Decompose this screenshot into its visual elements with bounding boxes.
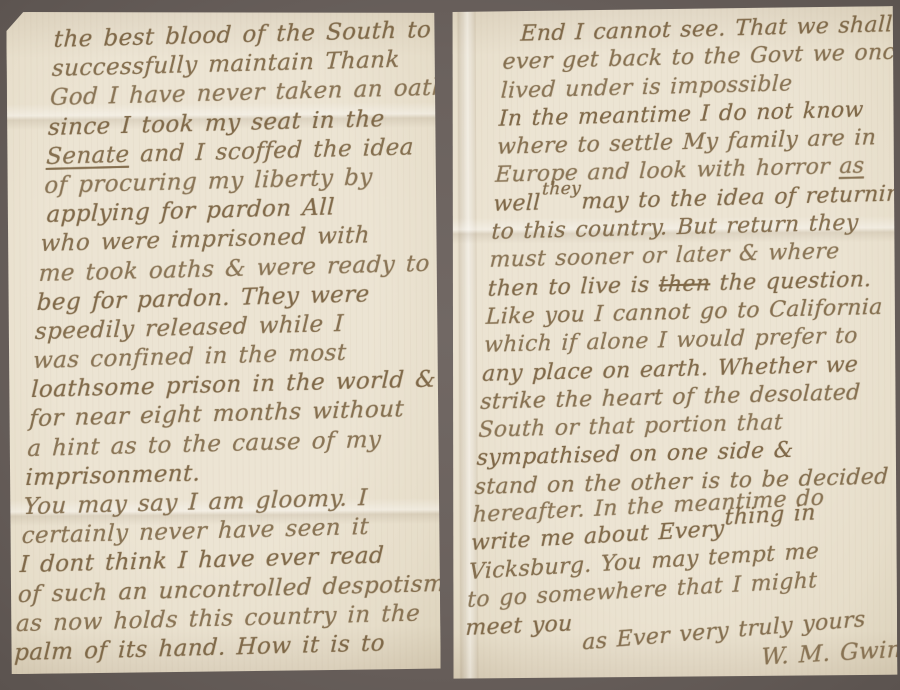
handwriting-text: Senate [46, 141, 130, 169]
handwriting-text: the question. [710, 267, 872, 296]
handwriting-line: W. M. Gwin [761, 637, 874, 672]
handwriting-text: meet you [465, 612, 573, 642]
handwriting-text: well [493, 190, 541, 216]
page-right-handwriting: End I cannot see. That we shallever get … [463, 19, 898, 673]
handwriting-text: W. M. Gwin [761, 637, 897, 671]
letter-photograph: the best blood of the South tosuccessful… [0, 0, 900, 690]
handwriting-text: as [839, 154, 865, 180]
handwriting-text: imprisonment. [25, 460, 201, 491]
page-left-handwriting: the best blood of the South tosuccessful… [13, 24, 440, 668]
handwriting-text: then to live is [487, 272, 659, 301]
letter-page-right: End I cannot see. That we shallever get … [451, 6, 898, 680]
struck-out-word: then [658, 271, 711, 297]
handwriting-text: thing in [724, 501, 815, 531]
inserted-word-above-line: they [542, 178, 582, 199]
letter-page-left: the best blood of the South tosuccessful… [6, 10, 440, 674]
